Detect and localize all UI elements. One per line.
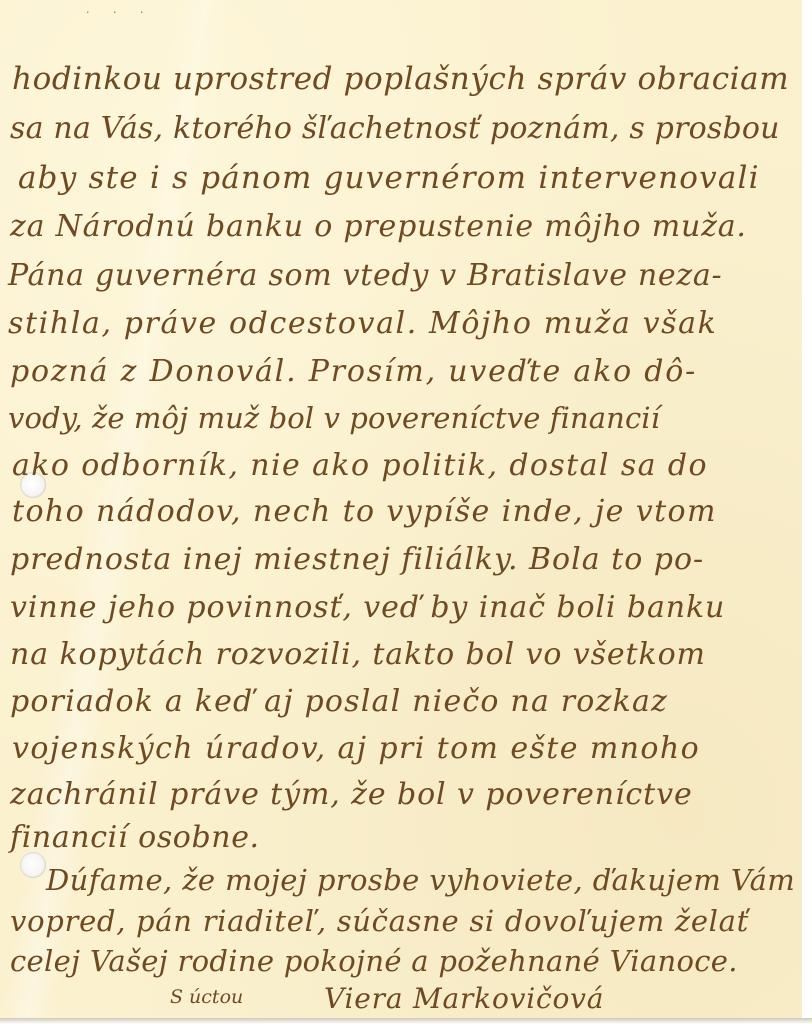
letter-line: vojenských úradov, aj pri tom ešte mnoho [12, 734, 700, 764]
closing-line: vopred, pán riaditeľ, súčasne si dovoľuj… [10, 907, 749, 936]
scan-border-bottom [0, 1018, 812, 1024]
letter-line: toho nádodov, nech to vypíše inde, je vt… [12, 497, 717, 527]
closing-line: Dúfame, že mojej prosbe vyhoviete, ďakuj… [46, 866, 795, 895]
letter-line: sa na Vás, ktorého šľachetnosť poznám, s… [10, 114, 780, 144]
signature: Viera Markovičová [324, 982, 604, 1015]
salutation: S úctou [170, 986, 243, 1008]
punch-hole-bottom [20, 852, 46, 878]
letter-line: stihla, práve odcestoval. Môjho muža vša… [8, 309, 717, 339]
page-marks: · · · [86, 6, 153, 19]
letter-line: vody, že môj muž bol v povereníctve fina… [8, 404, 660, 433]
letter-line: poriadok a keď aj poslal niečo na rozkaz [10, 687, 668, 717]
letter-line: hodinkou uprostred poplašných správ obra… [12, 64, 789, 95]
letter-page: · · · hodinkou uprostred poplašných sprá… [0, 0, 802, 1018]
letter-line: vinne jeho povinnosť, veď by inač boli b… [10, 593, 725, 623]
letter-line: na kopytách rozvozili, takto bol vo všet… [10, 640, 706, 670]
closing-line: celej Vašej rodine pokojné a požehnané V… [10, 947, 738, 976]
letter-line: financií osobne. [10, 823, 260, 853]
letter-line: pozná z Donovál. Prosím, uveďte ako dô- [10, 357, 697, 387]
letter-line: zachránil práve tým, že bol v povereníct… [10, 780, 693, 810]
letter-line: ako odborník, nie ako politik, dostal sa… [12, 451, 708, 481]
scan-border-right [802, 0, 812, 1024]
letter-line: prednosta inej miestnej filiálky. Bola t… [10, 545, 704, 575]
letter-line: Pána guvernéra som vtedy v Bratislave ne… [8, 261, 722, 291]
letter-line: aby ste i s pánom guvernérom intervenova… [18, 163, 760, 194]
letter-line: za Národnú banku o prepustenie môjho muž… [10, 212, 747, 242]
